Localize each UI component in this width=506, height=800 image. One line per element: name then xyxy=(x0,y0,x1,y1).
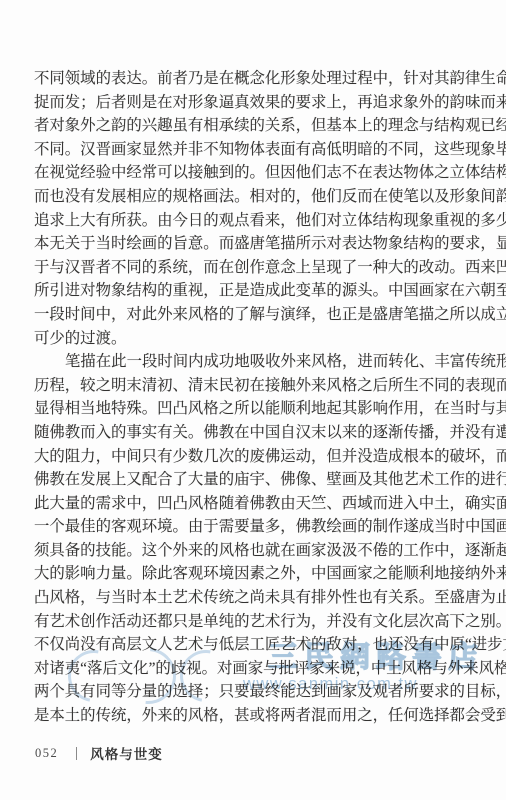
text-line: 一段时间中，对此外来风格的了解与演绎，也正是盛唐笔描之所以成立的不 xyxy=(34,303,479,327)
text-line: 者对象外之韵的兴趣虽有相承续的关系，但基本上的理念与结构观已经完全 xyxy=(34,114,479,138)
text-line: 是本土的传统，外来的风格，甚或将两者混而用之，任何选择都会受到最热 xyxy=(34,704,479,728)
text-line: 笔描在此一段时间内成功地吸收外来风格，进而转化、丰富传统形式的 xyxy=(34,350,479,374)
text-line: 不仅尚没有高层文人艺术与低层工匠艺术的敌对，也还没有中原“进步文化” xyxy=(34,633,479,657)
text-line: 捉而发；后者则是在对形象逼真效果的要求上，再追求象外的韵味而来。两 xyxy=(34,91,479,115)
text-line: 可少的过渡。 xyxy=(34,327,479,351)
body-text: 不同领域的表达。前者乃是在概念化形象处理过程中，针对其韵律生命的捕捉而发；后者则… xyxy=(34,67,479,728)
text-line: 一个最佳的客观环境。由于需要量多，佛教绘画的制作遂成当时中国画家必 xyxy=(34,515,479,539)
text-line: 显得相当地特殊。凹凸风格之所以能顺利地起其影响作用，在当时与其系伴 xyxy=(34,397,479,421)
text-line: 而也没有发展相应的规格画法。相对的，他们反而在使笔以及形象间韵律的 xyxy=(34,185,479,209)
text-line: 大的影响力量。除此客观环境因素之外，中国画家之能顺利地接纳外来的凹 xyxy=(34,562,479,586)
text-line: 佛教在发展上又配合了大量的庙宇、佛像、壁画及其他艺术工作的进行。在 xyxy=(34,468,479,492)
paragraph: 不同领域的表达。前者乃是在概念化形象处理过程中，针对其韵律生命的捕捉而发；后者则… xyxy=(34,67,479,350)
paragraph: 笔描在此一段时间内成功地吸收外来风格，进而转化、丰富传统形式的历程，较之明末清初… xyxy=(34,350,479,728)
text-line: 历程，较之明末清初、清末民初在接触外来风格之后所生不同的表现而言， xyxy=(34,374,479,398)
text-line: 此大量的需求中，凹凸风格随着佛教由天竺、西域而进入中土，确实面对着 xyxy=(34,492,479,516)
text-line: 随佛教而入的事实有关。佛教在中国自汉末以来的逐渐传播，并没有遭受太 xyxy=(34,421,479,445)
footer: 052 风格与世变 xyxy=(35,744,163,762)
text-line: 有艺术创作活动还都只是单纯的艺术行为，并没有文化层次高下之别。此时 xyxy=(34,610,479,634)
text-line: 所引进对物象结构的重视，正是造成此变革的源头。中国画家在六朝至隋唐 xyxy=(34,279,479,303)
text-line: 须具备的技能。这个外来的风格也就在画家汲汲不倦的工作中，逐渐起了巨 xyxy=(34,539,479,563)
book-page: 不同领域的表达。前者乃是在概念化形象处理过程中，针对其韵律生命的捕捉而发；后者则… xyxy=(0,0,506,800)
text-line: 在视觉经验中经常可以接触到的。但因他们志不在表达物体之立体结构，因 xyxy=(34,161,479,185)
text-line: 对诸夷“落后文化”的歧视。对画家与批评家来说，中土风格与外来风格是 xyxy=(34,657,479,681)
text-line: 大的阻力，中间只有少数几次的废佛运动，但并没造成根本的破坏，而且， xyxy=(34,445,479,469)
book-title: 风格与世变 xyxy=(90,743,163,763)
page-number: 052 xyxy=(35,746,58,761)
text-line: 凸风格，与当时本土艺术传统之尚未具有排外性也有关系。至盛唐为止，所 xyxy=(34,586,479,610)
text-line: 本无关于当时绘画的旨意。而盛唐笔描所示对表达物象结构的要求，显然属 xyxy=(34,232,479,256)
text-line: 于与汉晋者不同的系统，而在创作意念上呈现了一种大的改动。西来凹凸法 xyxy=(34,256,479,280)
text-line: 不同。汉晋画家显然并非不知物体表面有高低明暗的不同，这些现象毕竟是 xyxy=(34,138,479,162)
footer-divider xyxy=(76,747,77,760)
text-line: 两个具有同等分量的选择；只要最终能达到画家及观者所要求的目标，不论 xyxy=(34,680,479,704)
text-line: 不同领域的表达。前者乃是在概念化形象处理过程中，针对其韵律生命的捕 xyxy=(34,67,479,91)
text-line: 追求上大有所获。由今日的观点看来，他们对立体结构现象重视的多少，根 xyxy=(34,209,479,233)
